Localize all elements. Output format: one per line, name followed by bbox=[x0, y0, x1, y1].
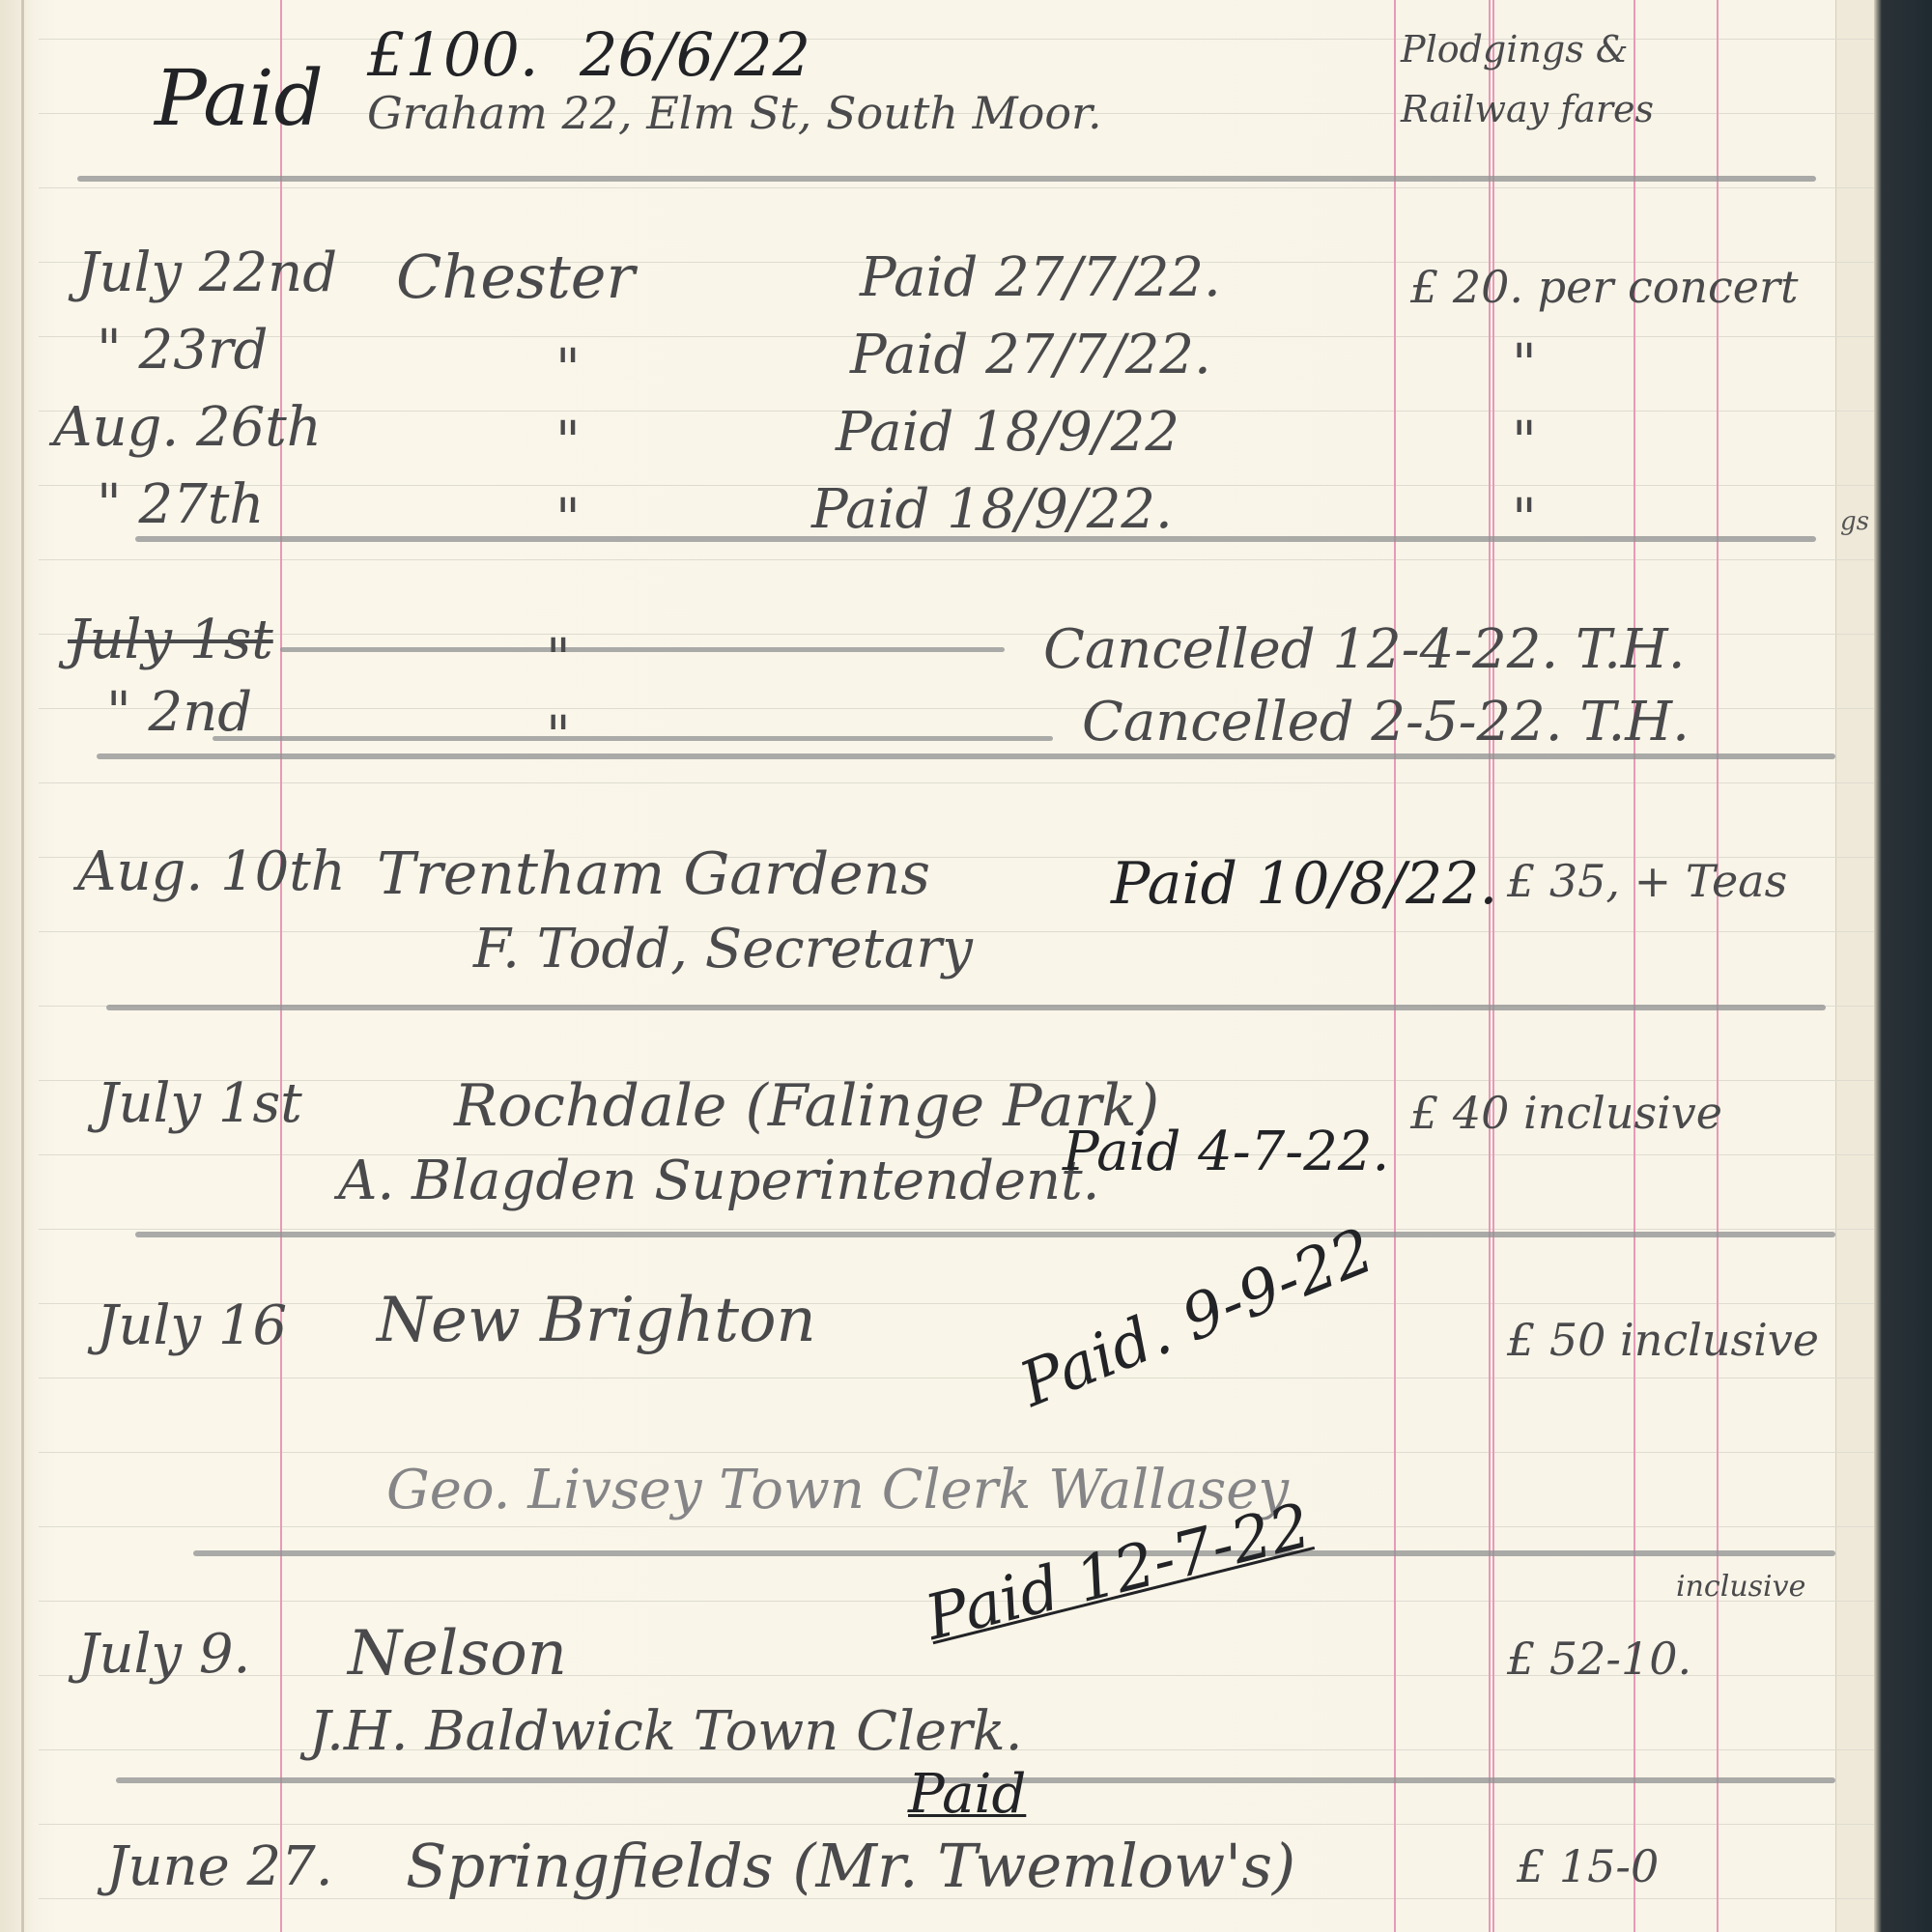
ditto-mark: " bbox=[555, 338, 581, 401]
ruled-line bbox=[39, 1526, 1874, 1527]
venue: Rochdale (Falinge Park) bbox=[454, 1072, 1159, 1140]
strike-line bbox=[280, 647, 1005, 652]
payment-status: Paid 27/7/22. bbox=[850, 324, 1211, 386]
ruled-line bbox=[39, 559, 1874, 560]
ruled-line bbox=[39, 782, 1874, 783]
entry-divider bbox=[97, 753, 1835, 759]
date: " 2nd bbox=[106, 681, 252, 744]
contact: Geo. Livsey Town Clerk Wallasey bbox=[386, 1459, 1289, 1521]
header-terms: Plodgings & Railway fares bbox=[1401, 19, 1787, 139]
payment-status: Paid 4-7-22. bbox=[1063, 1121, 1389, 1183]
entry-divider bbox=[135, 536, 1816, 542]
venue: Nelson bbox=[348, 1618, 567, 1690]
ditto-mark: " bbox=[555, 411, 581, 473]
date: June 27. bbox=[106, 1835, 333, 1898]
ditto-mark: " bbox=[546, 628, 571, 691]
strike-line bbox=[213, 736, 1053, 741]
flyleaf-edge bbox=[1835, 0, 1875, 1932]
fee: £ 40 inclusive bbox=[1410, 1087, 1722, 1139]
paid-note: Paid bbox=[155, 53, 324, 143]
ruled-line bbox=[39, 1229, 1874, 1230]
contact: A. Blagden Superintendent. bbox=[338, 1150, 1099, 1212]
fee: £ 15-0 bbox=[1517, 1840, 1659, 1892]
header-contact: Graham 22, Elm St, South Moor. bbox=[367, 87, 1102, 139]
venue: Chester bbox=[396, 241, 635, 312]
entry-divider bbox=[193, 1550, 1835, 1556]
page-gutter bbox=[21, 0, 24, 1932]
ditto-mark: " bbox=[1512, 333, 1537, 396]
payment-status: Paid 27/7/22. bbox=[860, 246, 1221, 309]
entry-divider bbox=[77, 176, 1816, 182]
fee: £ 50 inclusive bbox=[1507, 1314, 1819, 1366]
entry-divider bbox=[135, 1232, 1835, 1237]
contact: J.H. Baldwick Town Clerk. bbox=[309, 1700, 1023, 1763]
date: July 1st bbox=[97, 1072, 302, 1135]
date: " 27th bbox=[97, 473, 264, 536]
date: Aug. 10th bbox=[77, 840, 346, 903]
date: Aug. 26th bbox=[53, 396, 322, 459]
contact: F. Todd, Secretary bbox=[473, 918, 973, 980]
date: " 23rd bbox=[97, 319, 268, 382]
date: July 16 bbox=[97, 1294, 287, 1357]
payment-status: Paid 18/9/22. bbox=[811, 478, 1173, 541]
cancel-status: Cancelled 12-4-22. T.H. bbox=[1043, 618, 1686, 681]
column-line bbox=[1394, 0, 1396, 1932]
header-paid-date: 26/6/22 bbox=[580, 19, 810, 90]
payment-status: Paid 10/8/22. bbox=[1111, 850, 1498, 918]
payment-status: Paid. 9-9-22 bbox=[1010, 1215, 1383, 1421]
fee: £ 20. per concert bbox=[1410, 261, 1799, 313]
fee: £ 35, + Teas bbox=[1507, 855, 1787, 907]
ruled-line bbox=[39, 1378, 1874, 1378]
ditto-mark: " bbox=[1512, 411, 1537, 473]
date: July 9. bbox=[77, 1623, 250, 1686]
payment-status: Paid 18/9/22 bbox=[836, 401, 1179, 464]
ruled-line bbox=[39, 1303, 1874, 1304]
fee: £ 52-10. bbox=[1507, 1633, 1691, 1685]
date: July 22nd bbox=[77, 241, 337, 304]
ruled-line bbox=[39, 1452, 1874, 1453]
venue: Trentham Gardens bbox=[377, 840, 930, 908]
entry-divider bbox=[106, 1005, 1826, 1010]
margin-note: gs bbox=[1840, 507, 1869, 536]
book-cover-edge bbox=[1874, 0, 1932, 1932]
fee-note: inclusive bbox=[1676, 1570, 1805, 1604]
ledger-page: Paid £100. 26/6/22 Graham 22, Elm St, So… bbox=[0, 0, 1932, 1932]
cancel-status: Cancelled 2-5-22. T.H. bbox=[1082, 691, 1690, 753]
date: July 1st bbox=[68, 609, 273, 671]
venue: Springfields (Mr. Twemlow's) bbox=[406, 1831, 1295, 1901]
payment-status: Paid bbox=[908, 1763, 1026, 1826]
venue: New Brighton bbox=[377, 1285, 816, 1356]
ruled-line bbox=[39, 187, 1874, 188]
header-amount: £100. bbox=[367, 19, 539, 90]
